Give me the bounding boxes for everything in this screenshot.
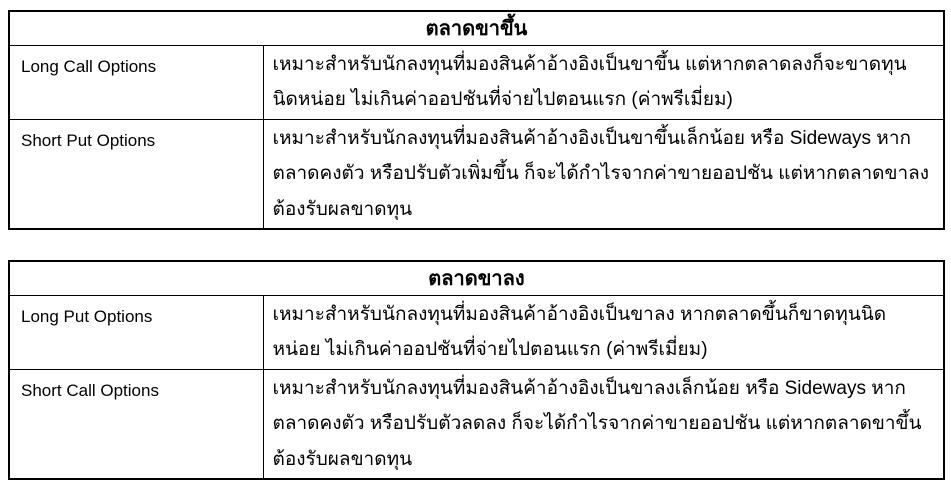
strategy-label-short-put: Short Put Options	[9, 119, 263, 229]
uptrend-market-table: ตลาดขาขึ้น Long Call Options เหมาะสำหรับ…	[8, 10, 945, 230]
document-page: ตลาดขาขึ้น Long Call Options เหมาะสำหรับ…	[0, 0, 951, 482]
strategy-description: เหมาะสำหรับนักลงทุนที่มองสินค้าอ้างอิงเป…	[263, 295, 944, 369]
strategy-label-long-put: Long Put Options	[9, 295, 263, 369]
downtrend-market-table: ตลาดขาลง Long Put Options เหมาะสำหรับนัก…	[8, 260, 945, 480]
downtrend-table-title: ตลาดขาลง	[9, 261, 944, 295]
table-header-row: ตลาดขาลง	[9, 261, 944, 295]
uptrend-table-title: ตลาดขาขึ้น	[9, 11, 944, 45]
table-row: Short Put Options เหมาะสำหรับนักลงทุนที่…	[9, 119, 944, 229]
strategy-description: เหมาะสำหรับนักลงทุนที่มองสินค้าอ้างอิงเป…	[263, 45, 944, 119]
table-row: Short Call Options เหมาะสำหรับนักลงทุนที…	[9, 369, 944, 479]
strategy-label-short-call: Short Call Options	[9, 369, 263, 479]
strategy-description: เหมาะสำหรับนักลงทุนที่มองสินค้าอ้างอิงเป…	[263, 119, 944, 229]
strategy-label-long-call: Long Call Options	[9, 45, 263, 119]
table-row: Long Put Options เหมาะสำหรับนักลงทุนที่ม…	[9, 295, 944, 369]
strategy-description: เหมาะสำหรับนักลงทุนที่มองสินค้าอ้างอิงเป…	[263, 369, 944, 479]
table-row: Long Call Options เหมาะสำหรับนักลงทุนที่…	[9, 45, 944, 119]
table-header-row: ตลาดขาขึ้น	[9, 11, 944, 45]
